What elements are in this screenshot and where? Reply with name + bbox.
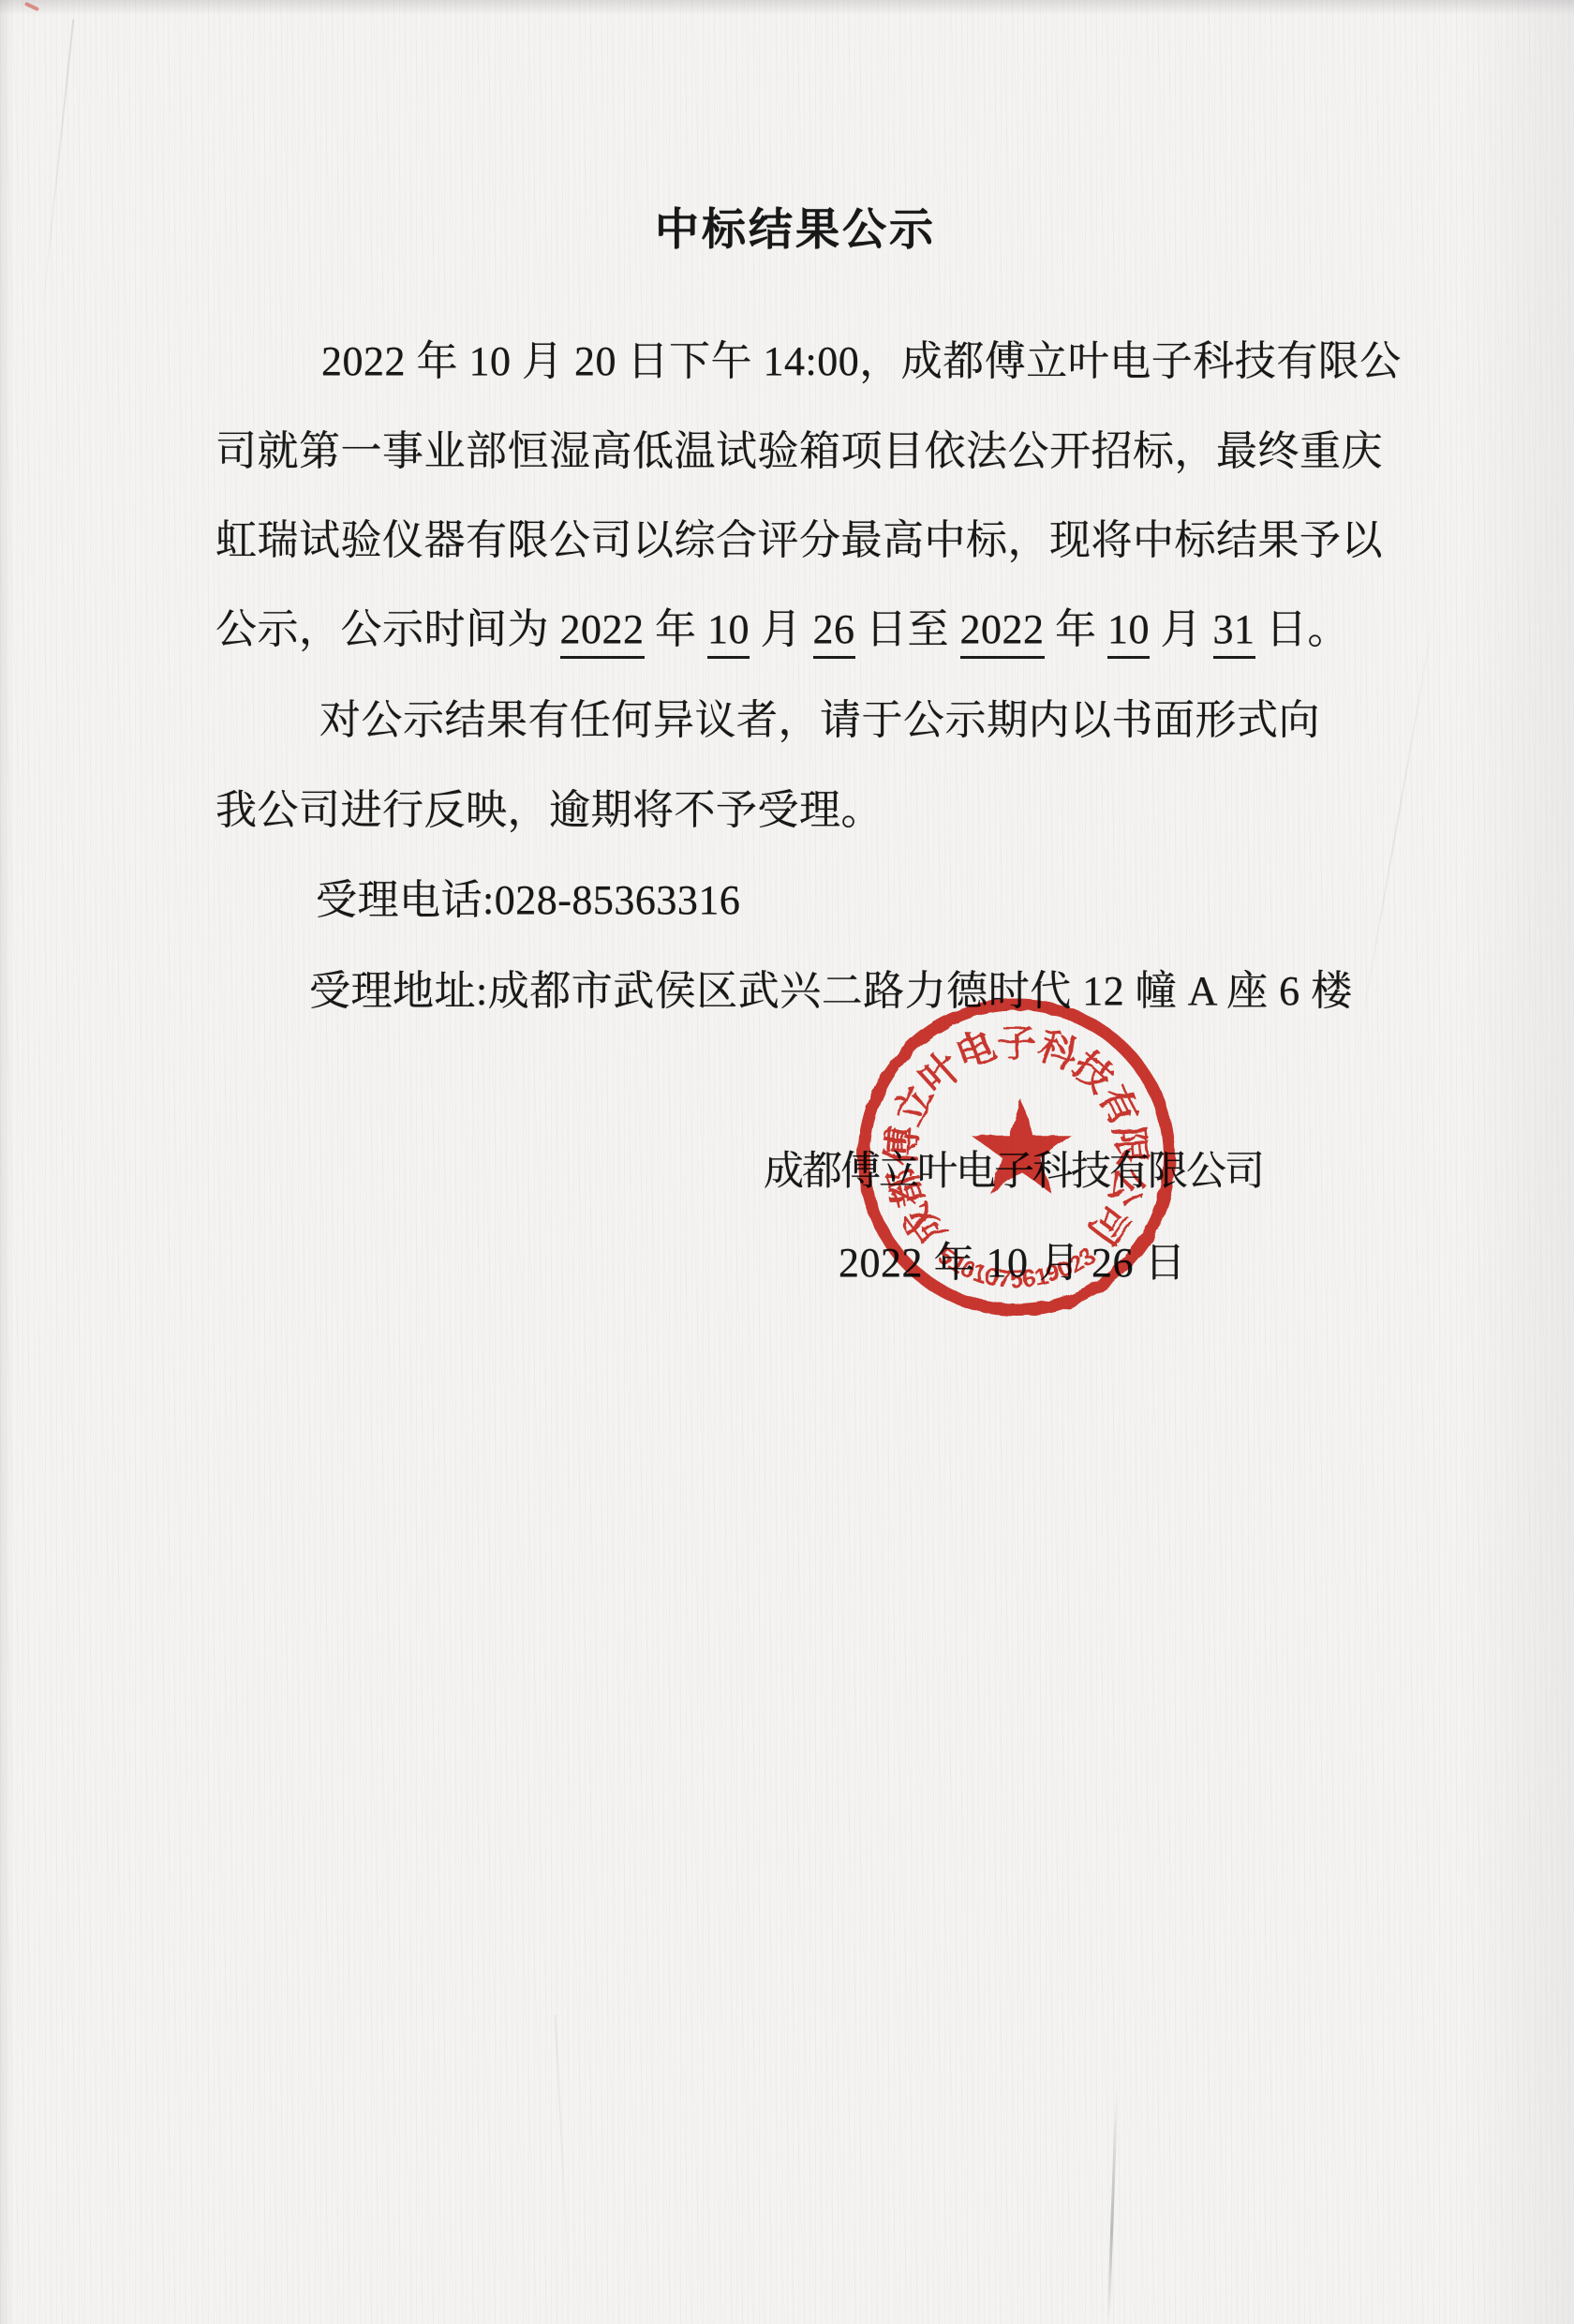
paragraph-line: 我公司进行反映，逾期将不予受理。	[215, 786, 883, 835]
paper-crease	[554, 2015, 572, 2324]
paragraph-line-with-underlined-dates: 公示，公示时间为 2022 年 10 月 26 日至 2022 年 10 月 3…	[215, 605, 1349, 654]
svg-text:叶: 叶	[912, 1043, 969, 1101]
svg-text:立: 立	[886, 1079, 943, 1132]
paper-edge-shadow-top	[0, 0, 1574, 15]
svg-text:科: 科	[1032, 1023, 1083, 1078]
contact-phone-line: 受理电话:028-85363316	[316, 876, 740, 925]
signature-company: 成都傅立叶电子科技有限公司	[764, 1140, 1263, 1197]
ink-speck	[24, 2, 39, 11]
paper-edge-shadow-right	[1462, 0, 1574, 2324]
paper-crease	[40, 20, 74, 327]
svg-text:子: 子	[998, 1021, 1036, 1065]
paragraph-line: 对公示结果有任何异议者，请于公示期内以书面形式向	[319, 696, 1320, 745]
paper-edge-shadow-left	[0, 0, 13, 2324]
paragraph-line: 司就第一事业部恒湿高低温试验箱项目依法公开招标，最终重庆	[215, 427, 1383, 476]
document-page: 中标结果公示 2022 年 10 月 20 日下午 14:00，成都傅立叶电子科…	[0, 0, 1574, 2324]
contact-address-line: 受理地址:成都市武侯区武兴二路力德时代 12 幢 A 座 6 楼	[309, 967, 1353, 1016]
signature-date: 2022 年 10 月 26 日	[839, 1229, 1186, 1289]
paper-crease	[1354, 585, 1440, 1065]
paper-crease	[1107, 2090, 1119, 2324]
paragraph-line: 虹瑞试验仪器有限公司以综合评分最高中标，现将中标结果予以	[215, 516, 1383, 565]
seal-company-arc-text: 成都傅立叶电子科技有限公司	[880, 1021, 1154, 1253]
paragraph-line: 2022 年 10 月 20 日下午 14:00，成都傅立叶电子科技有限公	[321, 337, 1402, 386]
document-title: 中标结果公示	[0, 195, 1574, 258]
svg-text:技: 技	[1064, 1043, 1121, 1101]
svg-text:电: 电	[950, 1023, 1002, 1078]
svg-text:有: 有	[1091, 1079, 1147, 1132]
